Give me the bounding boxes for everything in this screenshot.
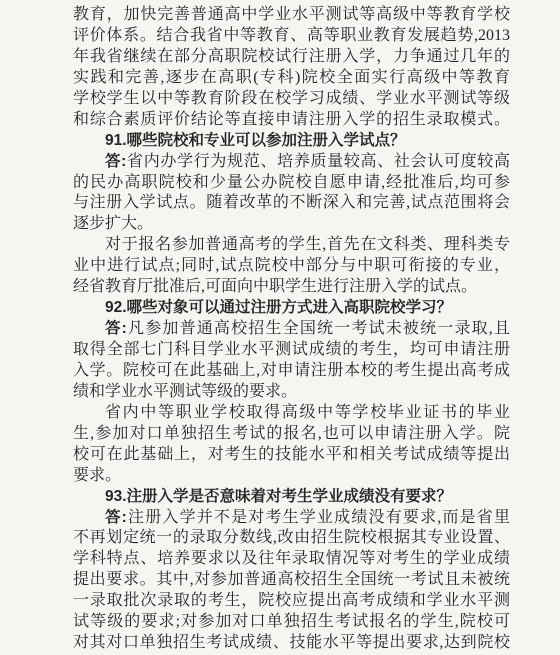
text-line: 年我省继续在部分高职院校试行注册入学，力争通过几年的 <box>73 47 510 68</box>
answer-text: 注册入学并不是对考生学业成绩没有要求,而是省里 <box>127 509 510 526</box>
text-line: 绩和学业水平测试等级的要求。 <box>73 382 510 403</box>
text-line: 业中进行试点;同时,试点院校中部分与中职可衔接的专业， <box>73 256 510 277</box>
question-heading: 93.注册入学是否意味着对考生学业成绩没有要求？ <box>73 487 510 508</box>
text-line: 对其对口单独招生考试成绩、技能水平等提出要求,达到院校 <box>73 633 510 654</box>
text-line: 的民办高职院校和少量公办院校自愿申请,经批准后,均可参 <box>73 173 510 194</box>
answer-prefix: 答: <box>105 153 126 170</box>
text-line: 学科特点、培养要求以及往年录取情况等对考生的学业成绩 <box>73 549 510 570</box>
text-line: 校可在此基础上，对考生的技能水平和相关考试成绩等提出 <box>73 445 510 466</box>
question-heading: 91.哪些院校和专业可以参加注册入学试点？ <box>73 131 510 152</box>
answer-line: 答:省内办学行为规范、培养质量较高、社会认可度较高 <box>73 152 510 173</box>
answer-text: 省内办学行为规范、培养质量较高、社会认可度较高 <box>126 153 510 170</box>
answer-prefix: 答: <box>105 320 127 337</box>
text-line: 提出要求。其中,对参加普通高校招生全国统一考试且未被统 <box>73 570 510 591</box>
text-line: 逐步扩大。 <box>73 214 510 235</box>
text-line: 入学。院校可在此基础上,对申请注册本校的考生提出高考成 <box>73 361 510 382</box>
scanned-document-page: 教育，加快完善普通高中学业水平测试等高级中等教育学校评价体系。结合我省中等教育、… <box>0 0 560 655</box>
text-line: 实践和完善,逐步在高职(专科)院校全面实行高级中等教育 <box>73 68 510 89</box>
answer-text: 凡参加普通高校招生全国统一考试未被统一录取,且 <box>127 320 510 337</box>
text-line: 对于报名参加普通高考的学生,首先在文科类、理科类专 <box>73 235 510 256</box>
answer-prefix: 答: <box>105 509 127 526</box>
text-line: 一录取批次录取的考生，院校应提出高考成绩和学业水平测 <box>73 591 510 612</box>
text-line: 经省教育厅批准后,可面向中职学生进行注册入学的试点。 <box>73 277 510 298</box>
text-line: 要求。 <box>73 466 510 487</box>
answer-line: 答:注册入学并不是对考生学业成绩没有要求,而是省里 <box>73 508 510 529</box>
text-line: 和综合素质评价结论等直接申请注册入学的招生录取模式。 <box>73 110 510 131</box>
text-line: 教育，加快完善普通高中学业水平测试等高级中等教育学校 <box>73 5 510 26</box>
text-line: 与注册入学试点。随着改革的不断深入和完善,试点范围将会 <box>73 193 510 214</box>
question-heading: 92.哪些对象可以通过注册方式进入高职院校学习？ <box>73 298 510 319</box>
text-block: 教育，加快完善普通高中学业水平测试等高级中等教育学校评价体系。结合我省中等教育、… <box>73 5 510 654</box>
text-line: 学校学生以中等教育阶段在校学习成绩、学业水平测试等级 <box>73 89 510 110</box>
text-line: 生,参加对口单独招生考试的报名,也可以申请注册入学。院 <box>73 424 510 445</box>
text-line: 评价体系。结合我省中等教育、高等职业教育发展趋势,2013 <box>73 26 510 47</box>
text-line: 取得全部七门科目学业水平测试成绩的考生，均可申请注册 <box>73 340 510 361</box>
text-line: 试等级的要求;对参加对口单独招生考试报名的学生,院校可 <box>73 612 510 633</box>
text-line: 省内中等职业学校取得高级中等学校毕业证书的毕业 <box>73 403 510 424</box>
answer-line: 答:凡参加普通高校招生全国统一考试未被统一录取,且 <box>73 319 510 340</box>
text-line: 不再划定统一的录取分数线,改由招生院校根据其专业设置、 <box>73 528 510 549</box>
